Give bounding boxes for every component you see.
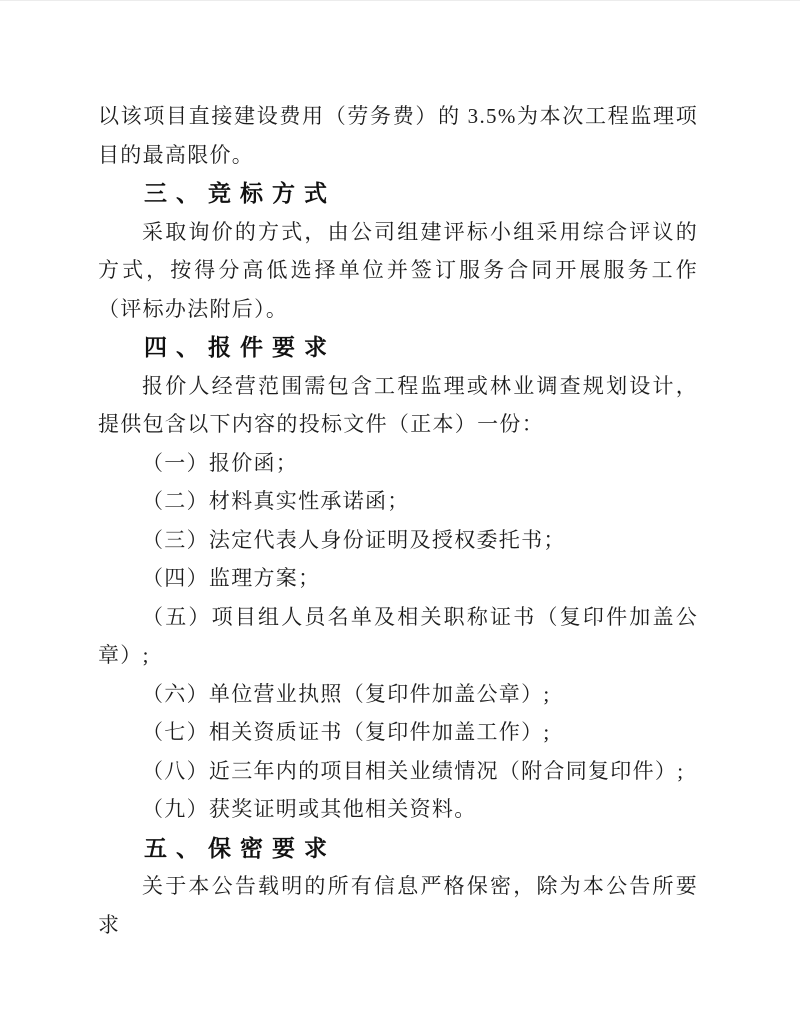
section-heading-submission-requirements: 四、报件要求 bbox=[98, 328, 698, 367]
list-item-6: （六）单位营业执照（复印件加盖公章）; bbox=[98, 675, 698, 714]
list-item-4: （四）监理方案； bbox=[98, 559, 698, 598]
list-item-5: （五）项目组人员名单及相关职称证书（复印件加盖公章）; bbox=[98, 598, 698, 675]
section-heading-bidding-method: 三、竞标方式 bbox=[98, 174, 698, 213]
list-item-3: （三）法定代表人身份证明及授权委托书； bbox=[98, 521, 698, 560]
section-heading-confidentiality: 五、保密要求 bbox=[98, 829, 698, 868]
list-item-2: （二）材料真实性承诺函； bbox=[98, 482, 698, 521]
list-item-8: （八）近三年内的项目相关业绩情况（附合同复印件）; bbox=[98, 752, 698, 791]
document-body: 以该项目直接建设费用（劳务费）的 3.5%为本次工程监理项目的最高限价。 三、竞… bbox=[98, 97, 698, 944]
document-page: 以该项目直接建设费用（劳务费）的 3.5%为本次工程监理项目的最高限价。 三、竞… bbox=[0, 1, 800, 1035]
list-item-1: （一）报价函； bbox=[98, 444, 698, 483]
paragraph-submission-intro: 报价人经营范围需包含工程监理或林业调查规划设计，提供包含以下内容的投标文件（正本… bbox=[98, 367, 698, 444]
paragraph-confidentiality: 关于本公告载明的所有信息严格保密，除为本公告所要求 bbox=[98, 867, 698, 944]
list-item-9: （九）获奖证明或其他相关资料。 bbox=[98, 790, 698, 829]
paragraph-price-cap: 以该项目直接建设费用（劳务费）的 3.5%为本次工程监理项目的最高限价。 bbox=[98, 97, 698, 174]
paragraph-bidding-method: 采取询价的方式，由公司组建评标小组采用综合评议的方式，按得分高低选择单位并签订服… bbox=[98, 213, 698, 329]
list-item-7: （七）相关资质证书（复印件加盖工作）; bbox=[98, 713, 698, 752]
